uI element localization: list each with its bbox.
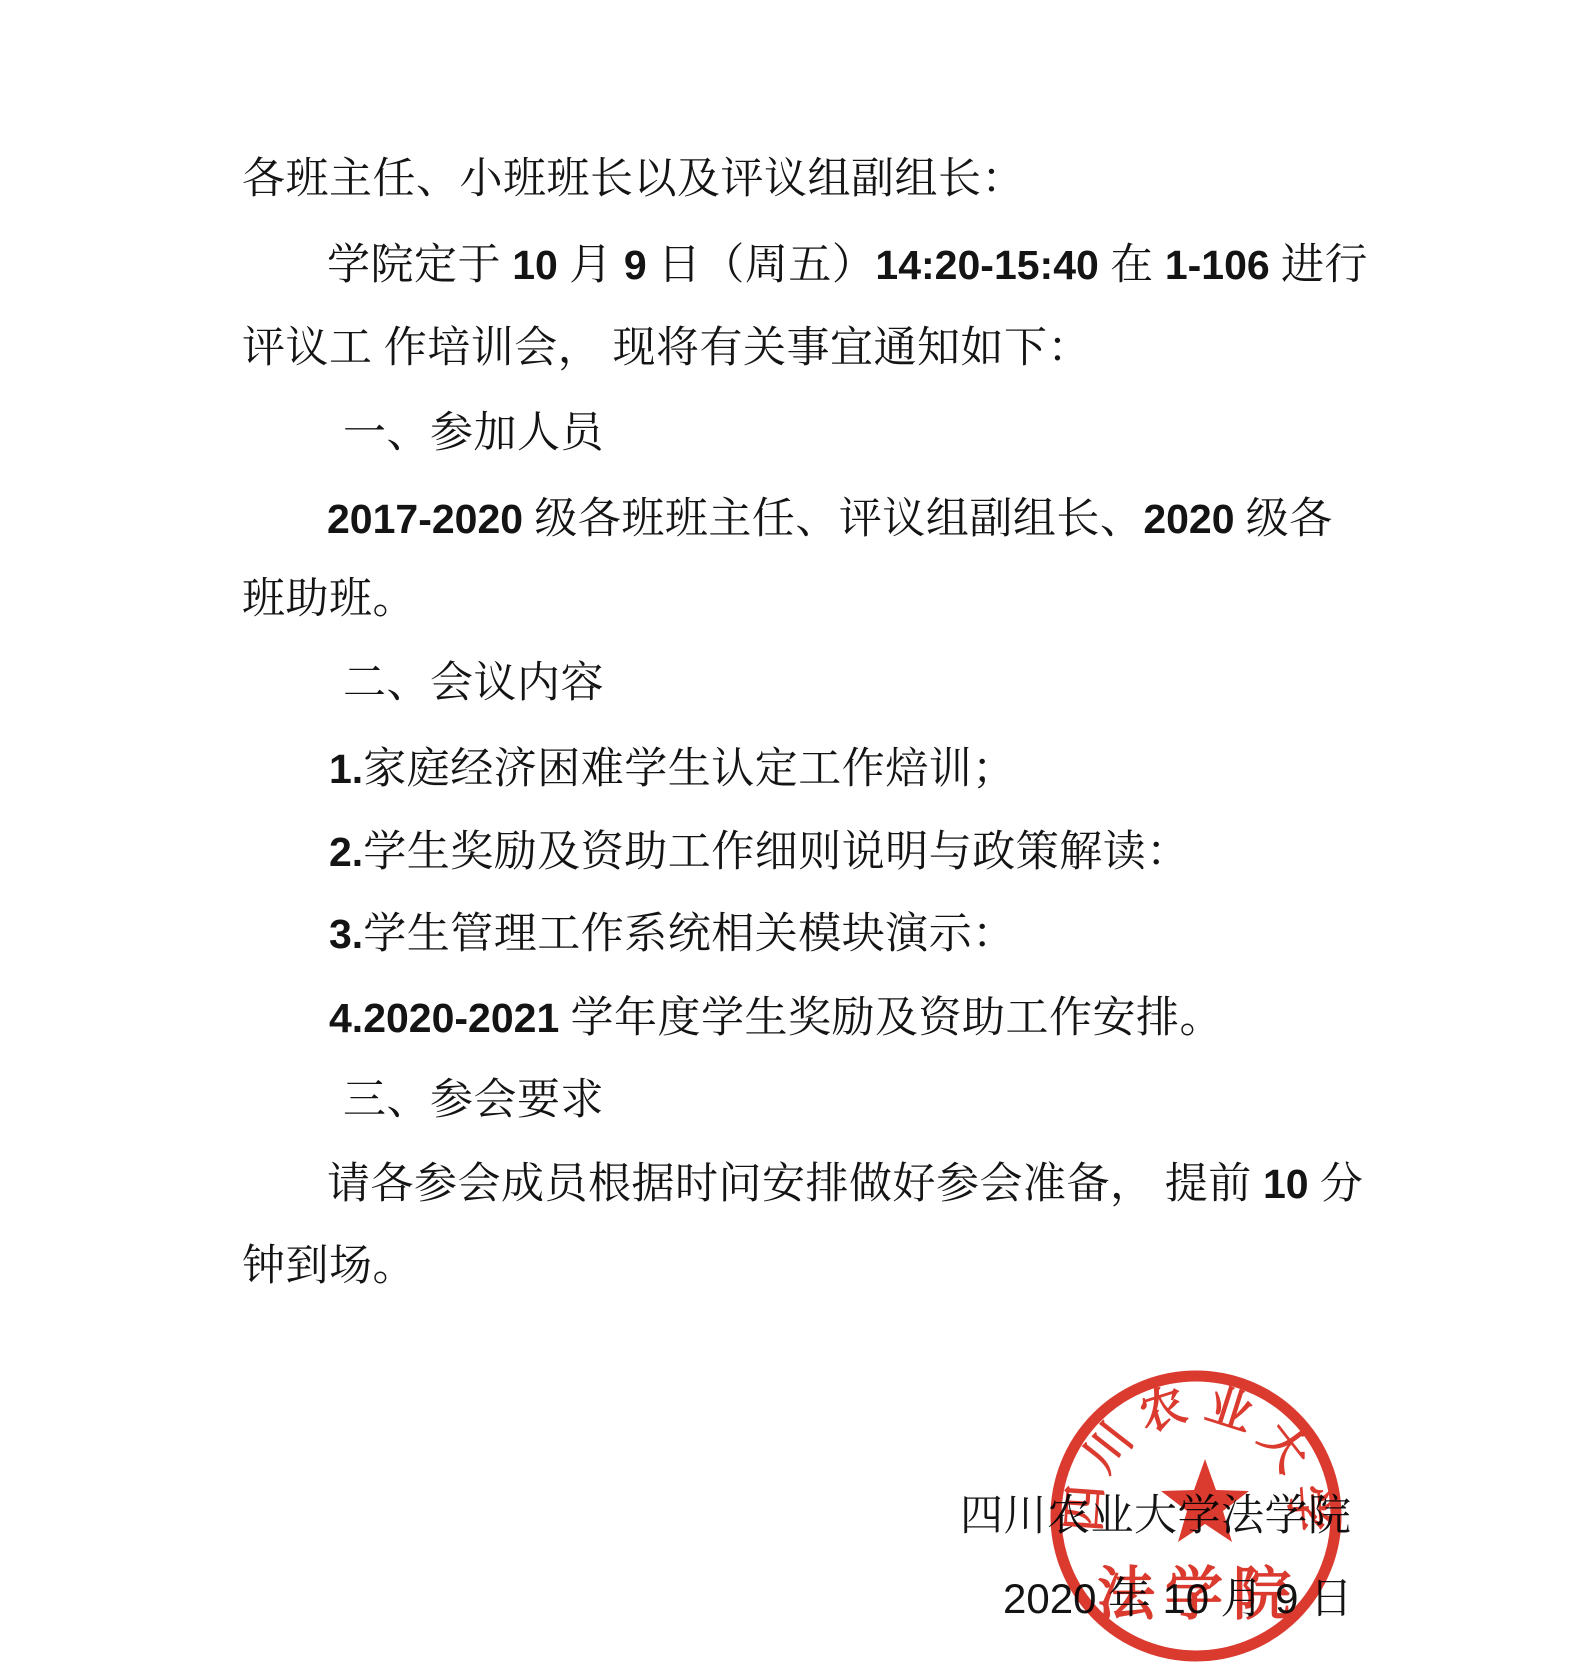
cjk-text: 进行	[1270, 242, 1368, 289]
number-text: 9	[624, 242, 647, 288]
cjk-text: 学年度学生奖励及资助工作安排。	[559, 995, 1223, 1042]
cjk-text: 家庭经济困难学生认定工作焙训；	[363, 746, 1016, 793]
section-1-line-2: 班助班。	[242, 577, 416, 623]
number-text: 2017-2020	[327, 496, 523, 542]
number-text: 10	[1263, 1161, 1309, 1207]
document-page: 各班主任、小班班长以及评议组副组长：学院定于 10 月 9 日（周五）14:20…	[0, 0, 1587, 1672]
official-seal: 四 川 农 业 大 学 法学院	[1045, 1362, 1350, 1667]
cjk-text: 请各参会成员根据时问安排做好参会准备， 提前	[327, 1161, 1263, 1208]
cjk-text: 日（周五）	[647, 242, 876, 289]
cjk-text: 钟到场。	[242, 1243, 416, 1290]
cjk-text: 二、会议内容	[343, 660, 604, 707]
cjk-text: 一、参加人员	[343, 410, 604, 457]
agenda-item-4: 4.2020-2021 学年度学生奖励及资助工作安排。	[329, 995, 1223, 1042]
number-text: 1-106	[1165, 242, 1270, 288]
section-3-line-1: 请各参会成员根据时问安排做好参会准备， 提前 10 分	[327, 1161, 1363, 1208]
cjk-text: 学院定于	[327, 242, 512, 289]
cjk-text: 在	[1099, 242, 1165, 289]
seal-arc-char: 学	[1280, 1483, 1334, 1532]
number-text: 2.	[329, 829, 363, 875]
cjk-text: 月	[558, 242, 624, 289]
cjk-text: 分	[1309, 1161, 1364, 1208]
section-3-line-2: 钟到场。	[242, 1244, 416, 1290]
number-text: 10	[512, 242, 558, 288]
intro-line-2: 评议工 作培训会， 现将有关事宜通知如下：	[242, 326, 1091, 372]
number-text: 4.2020-2021	[329, 995, 559, 1041]
number-text: 1.	[329, 746, 363, 792]
cjk-text: 学生管理工作系统相关模块演示：	[363, 911, 1016, 958]
cjk-text: 级各	[1235, 496, 1333, 543]
cjk-text: 班助班。	[242, 576, 416, 623]
intro-line-1: 学院定于 10 月 9 日（周五）14:20-15:40 在 1-106 进行	[327, 242, 1368, 289]
cjk-text: 评议工 作培训会， 现将有关事宜通知如下：	[242, 325, 1091, 372]
agenda-item-1: 1.家庭经济困难学生认定工作焙训；	[329, 746, 1016, 793]
section-1-line-1: 2017-2020 级各班班主任、评议组副组长、2020 级各	[327, 496, 1333, 543]
cjk-text: 级各班班主任、评议组副组长、	[523, 496, 1143, 543]
cjk-text: 学生奖励及资助工作细则说明与政策解读：	[363, 829, 1190, 876]
section-1-heading: 一、参加人员	[343, 411, 604, 457]
seal-arc-char: 四	[1058, 1483, 1112, 1532]
star-icon	[1161, 1459, 1249, 1542]
seal-bottom-text: 法学院	[1097, 1562, 1301, 1627]
number-text: 2020	[1143, 496, 1234, 542]
salutation: 各班主任、小班班长以及评议组副组长：	[242, 157, 1025, 203]
cjk-text: 三、参会要求	[343, 1077, 604, 1124]
agenda-item-2: 2.学生奖励及资助工作细则说明与政策解读：	[329, 829, 1190, 876]
notice-document: { "document": { "lines": [ {"name":"salu…	[0, 0, 1587, 1672]
section-2-heading: 二、会议内容	[343, 661, 604, 707]
agenda-item-3: 3.学生管理工作系统相关模块演示：	[329, 911, 1016, 958]
section-3-heading: 三、参会要求	[343, 1078, 604, 1124]
number-text: 14:20-15:40	[875, 242, 1098, 288]
cjk-text: 各班主任、小班班长以及评议组副组长：	[242, 156, 1025, 203]
number-text: 3.	[329, 911, 363, 957]
